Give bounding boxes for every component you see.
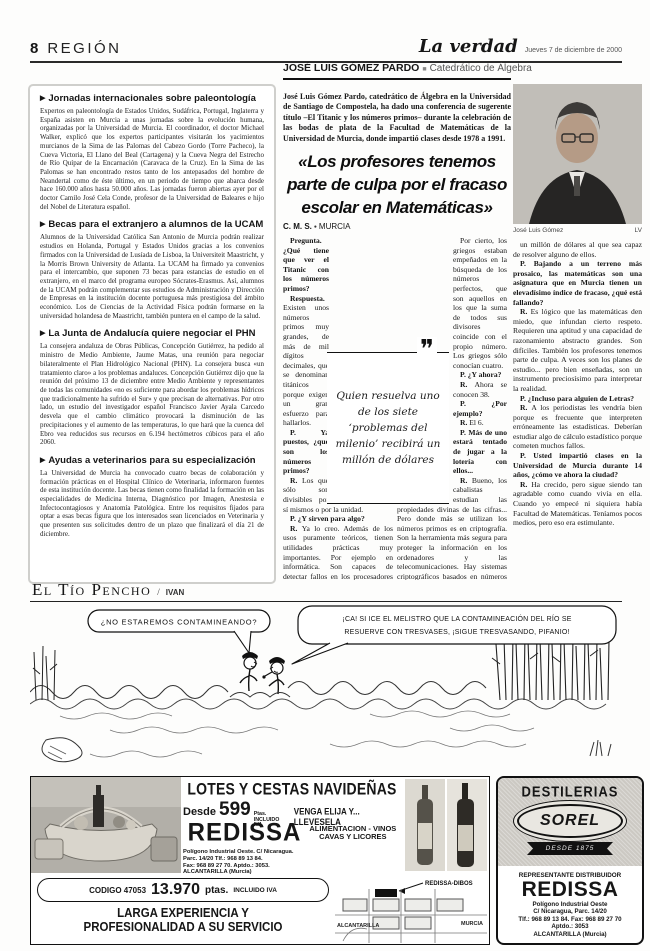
brief-title: ▶Ayudas a veterinarios para su especiali… <box>40 455 264 467</box>
bank-line <box>30 699 606 709</box>
interview-answer: R. Ya lo creo. Además de los usos purame… <box>283 524 393 580</box>
section-title: REGIÓN <box>47 40 121 57</box>
brief-item: ▶Jornadas internacionales sobre paleonto… <box>40 93 264 211</box>
interview-question: Pregunta. ¿Qué tiene que ver el Titanic … <box>283 236 393 294</box>
qa-label: P. <box>290 428 321 437</box>
brief-bullet-icon: ▶ <box>40 457 45 464</box>
masthead-block: La verdad Jueves 7 de diciembre de 2000 <box>419 36 622 57</box>
kicker-square-icon: ■ <box>422 66 426 73</box>
brief-title: ▶Becas para el extranjero a alumnos de l… <box>40 219 264 231</box>
byline-dot-icon: ● <box>314 224 317 230</box>
address-line: Polígono Industrial Oeste <box>498 901 642 908</box>
interview-text: un millón de dólares al que sea capaz de… <box>513 240 642 259</box>
comic-author: IVAN <box>166 588 185 597</box>
dateline: Jueves 7 de diciembre de 2000 <box>525 47 622 54</box>
brief-body: La consejera andaluza de Obras Públicas,… <box>40 342 264 446</box>
bottles-photo <box>405 779 487 871</box>
kicker-role: Catedrático de Álgebra <box>430 63 532 74</box>
portrait-silhouette <box>513 84 642 224</box>
character-melistro <box>262 657 285 694</box>
reed-leaves <box>492 650 598 664</box>
location-map: REDISSA-DIBOS ALCANTARILLA MURCIA <box>335 875 487 943</box>
address-line: Aptdo.: 3053 <box>498 923 642 930</box>
brief-body: Expertos en paleontología de Estados Uni… <box>40 107 264 211</box>
photo-credit: LV <box>635 227 642 234</box>
brief-body: Alumnos de la Universidad Católica San A… <box>40 233 264 320</box>
qa-label: R. <box>520 480 531 489</box>
interview-answer: R. A los periodistas les vendría bien po… <box>513 403 642 451</box>
bubble-2-line1: ¡CA! SI ICE EL MELISTRO QUE LA CONTAMINE… <box>342 614 571 623</box>
rock <box>42 738 82 762</box>
brief-bullet-icon: ▶ <box>40 221 45 228</box>
headline-line: escolar en Matemáticas» <box>281 196 513 219</box>
map-city-label: MURCIA <box>461 921 483 927</box>
qa-label: P. <box>520 451 533 460</box>
newspaper-page: 8 REGIÓN La verdad Jueves 7 de diciembre… <box>0 0 650 951</box>
kicker-rule <box>283 78 511 80</box>
ad-products: ALIMENTACION - VINOS CAVAS Y LICORES <box>309 825 396 842</box>
pull-quote: ❞ Quien resuelva uno de los siete ‘probl… <box>327 352 449 504</box>
qa-label: R. <box>460 380 475 389</box>
code-unit: ptas. <box>205 885 228 896</box>
photo-caption-row: José Luis Gómez LV <box>513 227 642 234</box>
headline-line: «Los profesores tenemos <box>281 150 513 173</box>
qa-label: P. <box>520 394 528 403</box>
address-line: Polígono Industrial Oeste. C/ Nicaragua. <box>183 849 333 856</box>
ad-redissa: LOTES Y CESTAS NAVIDEÑAS Desde 599 Ptas.… <box>30 776 490 945</box>
interview-question: P. ¿Incluso para alguien de Letras? <box>513 394 642 404</box>
sorel-top-label: DESTILERIAS <box>522 783 619 800</box>
page-header: 8 REGIÓN La verdad Jueves 7 de diciembre… <box>30 36 622 57</box>
map-site-block <box>375 889 397 897</box>
address-line: ALCANTARILLA (Murcia) <box>498 931 642 938</box>
speech-bubble-2 <box>298 606 616 644</box>
grass-tuft-right <box>590 740 611 756</box>
gift-basket-photo <box>31 777 181 873</box>
masthead: La verdad <box>419 36 518 57</box>
byline: C. M. S.●MURCIA <box>283 222 350 231</box>
brief-title: ▶Jornadas internacionales sobre paleonto… <box>40 93 264 105</box>
slogan-line: LARGA EXPERIENCIA Y <box>35 907 331 921</box>
code-price: 13.970 <box>151 881 200 899</box>
sorel-since-ribbon: DESDE 1875 <box>527 842 613 855</box>
sorel-distributor: REDISSA <box>498 879 642 901</box>
bubble-2-line2: RESUERVE CON TRESVASES, ¡SIGUE TRESVASAN… <box>344 629 569 636</box>
qa-label: R. <box>460 418 469 427</box>
brief-item: ▶Becas para el extranjero a alumnos de l… <box>40 219 264 320</box>
grass-horizon-right <box>288 682 486 695</box>
ad-address: Polígono Industrial Oeste. C/ Nicaragua.… <box>183 849 333 876</box>
products-line: CAVAS Y LICORES <box>319 832 386 841</box>
map-site-label: REDISSA-DIBOS <box>425 881 473 887</box>
interview-answer: R. Ha crecido, pero sigue siendo tan agr… <box>513 480 642 528</box>
portrait-photo <box>513 84 642 224</box>
code-label: CODIGO 47053 <box>89 886 146 895</box>
qa-label: R. <box>460 476 472 485</box>
address-line: ALCANTARILLA (Murcia) <box>183 869 333 876</box>
qa-label: R. <box>290 524 302 533</box>
code-note: INCLUIDO IVA <box>233 887 277 894</box>
page-number: 8 <box>30 40 38 57</box>
map-town-label: ALCANTARILLA <box>337 923 379 929</box>
interview-text: Por cierto, los griegos estaban empeñado… <box>397 236 507 370</box>
comic-title: El Tío Pencho <box>32 580 151 600</box>
brief-bullet-icon: ▶ <box>40 330 45 337</box>
sorel-logo: SOREL <box>517 804 623 838</box>
brief-title-text: La Junta de Andalucía quiere negociar el… <box>48 328 255 339</box>
qa-label: P. <box>290 514 298 523</box>
brief-bullet-icon: ▶ <box>40 95 45 102</box>
bubble-1-text: ¿NO ESTAREMOS CONTAMINEANDO? <box>101 618 257 627</box>
brief-title-text: Becas para el extranjero a alumnos de la… <box>48 219 263 230</box>
qa-label: R. <box>520 403 531 412</box>
quote-icon: ❞ <box>417 337 437 363</box>
address-line: Fax: 968 89 27 70. Aptdo.: 3053. <box>183 863 333 870</box>
article-headline: «Los profesores tenemos parte de culpa p… <box>281 150 513 219</box>
byline-author: C. M. S. <box>283 222 312 231</box>
bubble-1-tail <box>234 631 251 653</box>
address-line: Tlf.: 968 89 13 84. Fax: 968 89 27 70 <box>498 916 642 923</box>
address-line: C/ Nicaragua, Parc. 14/20 <box>498 908 642 915</box>
comic-strip: ¿NO ESTAREMOS CONTAMINEANDO? ¡CA! SI ICE… <box>30 604 622 772</box>
character-pifanio <box>240 652 258 691</box>
address-line: Parc. 14/20 Tlf.: 968 89 13 84. <box>183 856 333 863</box>
qa-label: Pregunta. <box>290 236 322 245</box>
price-code-oval: CODIGO 47053 13.970 ptas. INCLUIDO IVA <box>37 878 329 902</box>
ad-brand-row: REDISSA ALIMENTACION - VINOS CAVAS Y LIC… <box>183 819 401 847</box>
kicker-name: JOSÉ LUIS GÓMEZ PARDO <box>283 62 419 74</box>
interview-answer: R. Es lógico que las matemáticas den mie… <box>513 307 642 393</box>
grass-horizon-left <box>30 686 228 699</box>
river-water <box>60 711 534 757</box>
ad-sorel: DESTILERIAS SOREL DESDE 1875 REPRESENTAN… <box>496 776 644 945</box>
brief-item: ▶La Junta de Andalucía quiere negociar e… <box>40 328 264 446</box>
sorel-logo-area: DESTILERIAS SOREL DESDE 1875 <box>498 778 642 866</box>
comic-separator: / <box>157 587 160 597</box>
reeds-left <box>33 646 57 700</box>
ad-brand: REDISSA <box>188 818 302 847</box>
interview-column-3: un millón de dólares al que sea capaz de… <box>513 240 642 580</box>
section-header: 8 REGIÓN <box>30 40 122 57</box>
brief-title: ▶La Junta de Andalucía quiere negociar e… <box>40 328 264 340</box>
ad-headline: LOTES Y CESTAS NAVIDEÑAS <box>183 779 401 798</box>
qa-label: R. <box>290 476 302 485</box>
bubble-2-tail <box>292 643 348 664</box>
brief-title-text: Ayudas a veterinarios para su especializ… <box>48 455 255 466</box>
sorel-brand: SOREL <box>540 812 600 830</box>
comic-header: El Tío Pencho / IVAN <box>32 580 184 600</box>
briefs-box: ▶Jornadas internacionales sobre paleonto… <box>28 84 276 584</box>
byline-location: MURCIA <box>319 222 351 231</box>
brief-item: ▶Ayudas a veterinarios para su especiali… <box>40 455 264 539</box>
headline-line: parte de culpa por el fracaso <box>281 173 513 196</box>
slogan-line: PROFESIONALIDAD A SU SERVICIO <box>35 921 331 935</box>
interview-question: P. Bajando a un terreno más prosaico, la… <box>513 259 642 307</box>
price-prefix: Desde <box>183 806 216 818</box>
qa-label: P. <box>460 399 491 408</box>
article-lead: José Luis Gómez Pardo, catedrático de Ál… <box>283 92 511 144</box>
interview-question: P. ¿Y sirven para algo? <box>283 514 393 524</box>
interview-question: P. Usted impartió clases en la Universid… <box>513 451 642 480</box>
brief-body: La Universidad de Murcia ha convocado cu… <box>40 469 264 539</box>
article-kicker: JOSÉ LUIS GÓMEZ PARDO■Catedrático de Álg… <box>283 62 613 74</box>
qa-label: P. <box>460 370 468 379</box>
comic-rule <box>30 601 622 602</box>
photo-caption: José Luis Gómez <box>513 227 563 234</box>
grass-tuft-figures <box>230 693 290 698</box>
pull-quote-text: Quien resuelva uno de los siete ‘problem… <box>327 388 449 468</box>
qa-label: P. <box>460 428 468 437</box>
brief-title-text: Jornadas internacionales sobre paleontol… <box>48 93 255 104</box>
qa-label: P. <box>520 259 534 268</box>
qa-label: R. <box>520 307 531 316</box>
ad-slogan: LARGA EXPERIENCIA Y PROFESIONALIDAD A SU… <box>35 907 331 936</box>
qa-label: Respuesta. <box>290 294 325 303</box>
